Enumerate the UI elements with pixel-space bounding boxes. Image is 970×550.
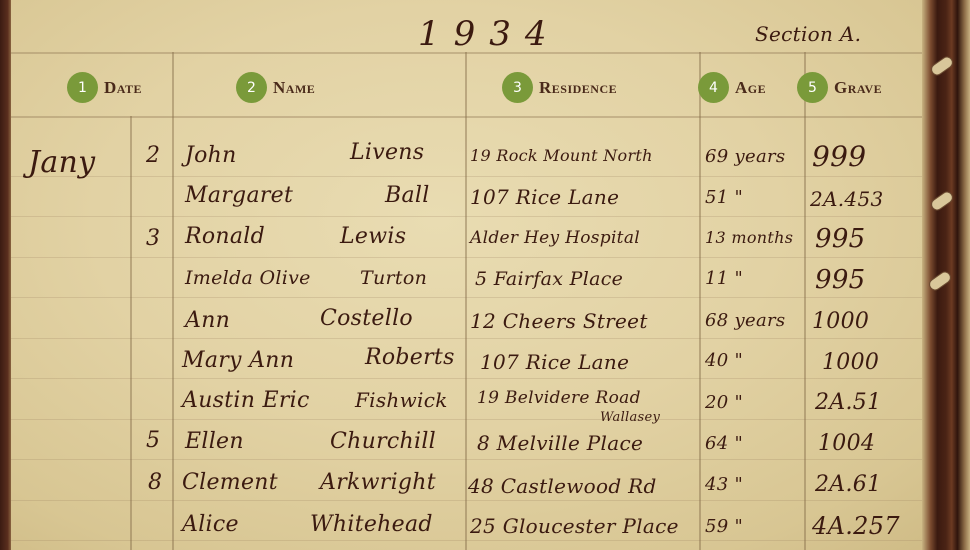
day-cell: 2	[146, 143, 160, 168]
surname-cell: Fishwick	[355, 388, 448, 412]
age-cell: 69 years	[705, 146, 785, 167]
column-label: Residence	[539, 78, 617, 98]
residence-cell: 107 Rice Lane	[470, 185, 619, 209]
age-cell: 59 "	[705, 516, 743, 537]
column-label: Date	[104, 78, 142, 98]
residence-cell: 12 Cheers Street	[470, 309, 648, 333]
residence-cell: 25 Gloucester Place	[470, 514, 679, 538]
grave-cell: 4A.257	[812, 512, 900, 540]
residence-cell: 8 Melville Place	[477, 431, 643, 455]
surname-cell: Whitehead	[310, 512, 433, 537]
grave-cell: 1000	[812, 309, 869, 334]
surname-cell: Churchill	[330, 429, 436, 454]
month-entry: Jany	[28, 145, 95, 180]
ledger-page: 1934 Section A. 1 Date 2 Name 3 Residenc…	[0, 0, 970, 550]
age-cell: 43 "	[705, 474, 743, 495]
age-cell: 51 "	[705, 187, 743, 208]
column-divider	[465, 52, 467, 550]
first-name-cell: Clement	[182, 470, 278, 495]
age-cell: 64 "	[705, 433, 743, 454]
surname-cell: Arkwright	[320, 470, 436, 495]
residence-cell: 48 Castlewood Rd	[468, 474, 657, 498]
surname-cell: Costello	[320, 306, 413, 331]
surname-cell: Livens	[350, 140, 424, 165]
column-label: Grave	[834, 78, 882, 98]
surname-cell: Roberts	[365, 345, 455, 370]
column-header-residence: 3 Residence	[502, 72, 617, 103]
age-cell: 40 "	[705, 350, 743, 371]
number-badge: 5	[797, 72, 828, 103]
first-name-cell: Margaret	[185, 183, 293, 208]
section-label: Section A.	[755, 22, 861, 46]
first-name-cell: Austin Eric	[182, 388, 310, 413]
residence-cell: 19 Belvidere Road	[477, 388, 641, 408]
grave-cell: 2A.61	[815, 472, 881, 497]
residence-cell: Alder Hey Hospital	[470, 228, 640, 248]
number-badge: 2	[236, 72, 267, 103]
residence-cell: 107 Rice Lane	[480, 350, 629, 374]
grave-cell: 995	[815, 265, 866, 295]
number-badge: 3	[502, 72, 533, 103]
first-name-cell: Alice	[182, 512, 239, 537]
surname-cell: Lewis	[340, 224, 406, 249]
age-cell: 11 "	[705, 268, 743, 289]
residence-line2-cell: Wallasey	[600, 410, 660, 425]
column-divider	[130, 116, 132, 550]
residence-cell: 5 Fairfax Place	[475, 268, 623, 290]
number-badge: 4	[698, 72, 729, 103]
age-cell: 20 "	[705, 392, 743, 413]
column-header-grave: 5 Grave	[797, 72, 882, 103]
grave-cell: 995	[815, 224, 866, 254]
day-cell: 5	[146, 428, 160, 453]
column-label: Age	[735, 78, 766, 98]
age-cell: 68 years	[705, 310, 785, 331]
book-spine-left	[0, 0, 11, 550]
first-name-cell: Imelda Olive	[185, 267, 311, 289]
ledger-year: 1934	[418, 14, 561, 54]
first-name-cell: Mary Ann	[182, 348, 294, 373]
number-badge: 1	[67, 72, 98, 103]
residence-cell: 19 Rock Mount North	[470, 146, 653, 165]
grave-cell: 999	[812, 140, 866, 173]
grave-cell: 2A.453	[810, 187, 884, 211]
grave-cell: 1000	[822, 350, 879, 375]
first-name-cell: Ellen	[185, 429, 244, 454]
column-divider	[699, 52, 701, 550]
first-name-cell: John	[185, 143, 237, 168]
surname-cell: Turton	[360, 267, 427, 289]
surname-cell: Ball	[385, 183, 430, 208]
column-divider	[804, 52, 806, 550]
grave-cell: 1004	[818, 431, 875, 456]
first-name-cell: Ann	[185, 308, 230, 333]
column-header-age: 4 Age	[698, 72, 766, 103]
day-cell: 3	[146, 226, 160, 251]
day-cell: 8	[148, 470, 162, 495]
column-divider	[172, 52, 174, 550]
grave-cell: 2A.51	[815, 390, 881, 415]
column-label: Name	[273, 78, 315, 98]
column-header-name: 2 Name	[236, 72, 315, 103]
first-name-cell: Ronald	[185, 224, 265, 249]
column-header-date: 1 Date	[67, 72, 142, 103]
age-cell: 13 months	[705, 228, 793, 247]
